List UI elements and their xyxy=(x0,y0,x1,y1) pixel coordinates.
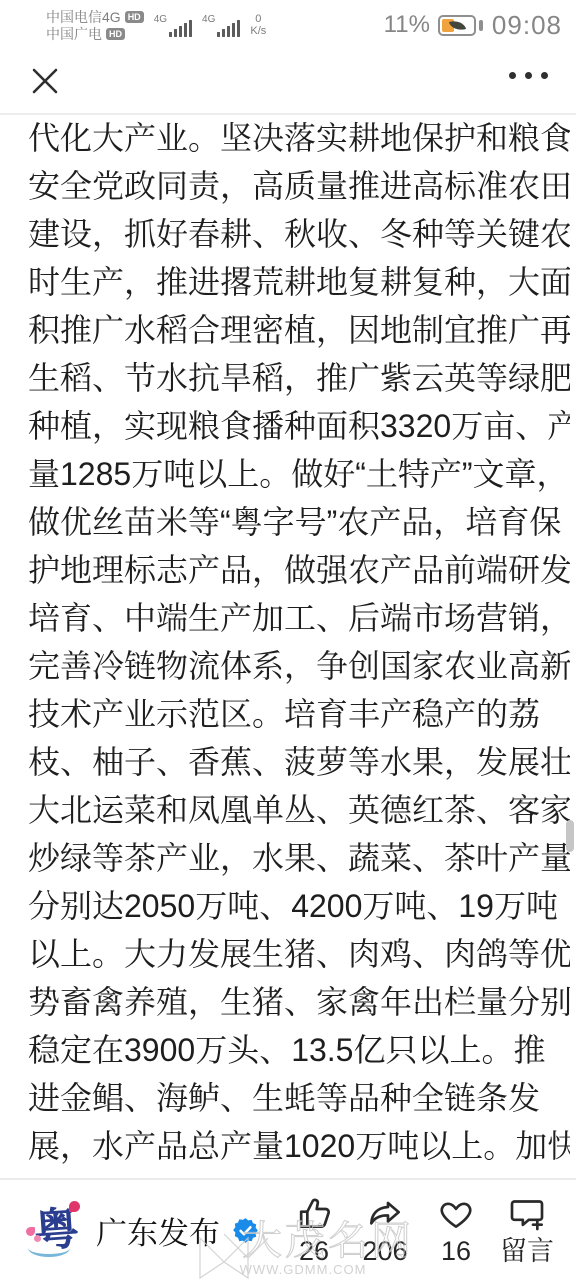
avatar-flower-icon xyxy=(69,1201,80,1212)
share-button[interactable]: 206 xyxy=(360,1194,410,1266)
article-line: 护地理标志产品，做强农产品前端研发 xyxy=(28,546,570,594)
share-count: 206 xyxy=(362,1236,407,1266)
like-count: 26 xyxy=(299,1236,329,1266)
share-arrow-icon xyxy=(365,1194,405,1234)
article-line: 以上。大力发展生猪、肉鸡、肉鸽等优 xyxy=(28,930,570,978)
carrier-name-2: 中国广电 xyxy=(46,26,102,42)
speed-unit: K/s xyxy=(250,25,266,37)
article-line: 技术产业示范区。培育丰产稳产的荔 xyxy=(28,690,570,738)
account-avatar: 粤 xyxy=(26,1201,84,1259)
network-type-label: 4G xyxy=(154,15,167,25)
article-line: 生稻、节水抗旱稻，推广紫云英等绿肥 xyxy=(28,354,570,402)
nav-bar xyxy=(0,46,576,113)
article-line: 做优丝苗米等“粤字号”农产品，培育保 xyxy=(28,498,570,546)
avatar-wave-icon xyxy=(28,1239,70,1257)
phone-screen: 中国电信4G HD 中国广电 HD 4G 4G 0 K/s xyxy=(0,0,576,1280)
verified-badge-icon xyxy=(232,1217,259,1244)
heart-icon xyxy=(436,1194,476,1234)
article-line: 培育、中端生产加工、后端市场营销， xyxy=(28,594,570,642)
action-bar: 26 206 16 留言 xyxy=(289,1194,552,1266)
avatar-flower-icon xyxy=(26,1227,35,1236)
account-profile[interactable]: 粤 广东发布 xyxy=(26,1201,259,1259)
bottom-bar: 粤 广东发布 26 xyxy=(0,1178,576,1280)
article-line: 量1285万吨以上。做好“土特产”文章， xyxy=(28,450,570,498)
network-type-label: 4G xyxy=(202,15,215,25)
article-line: 种植，实现粮食播种面积3320万亩、产 xyxy=(28,402,570,450)
article-line: 积推广水稻合理密植，因地制宜推广再 xyxy=(28,306,570,354)
heart-count: 16 xyxy=(441,1236,471,1266)
article-body[interactable]: 代化大产业。坚决落实耕地保护和粮食安全党政同责，高质量推进高标准农田建设，抓好春… xyxy=(28,114,570,1174)
signal-bars-icon: 4G xyxy=(154,13,192,37)
status-left: 中国电信4G HD 中国广电 HD 4G 4G 0 K/s xyxy=(46,9,266,42)
carrier-name-1: 中国电信4G xyxy=(46,9,121,25)
comment-button[interactable]: 留言 xyxy=(502,1194,552,1266)
signal-strength-icon xyxy=(169,17,192,37)
favorite-button[interactable]: 16 xyxy=(431,1194,481,1266)
network-speed: 0 K/s xyxy=(250,13,266,37)
hd-voice-icon: HD xyxy=(125,11,144,23)
article-line: 大北运菜和凤凰单丛、英德红茶、客家 xyxy=(28,786,570,834)
article-line: 炒绿等茶产业，水果、蔬菜、茶叶产量 xyxy=(28,834,570,882)
thumbs-up-icon xyxy=(294,1194,334,1234)
article-line: 时生产，推进撂荒耕地复耕复种，大面 xyxy=(28,258,570,306)
article-line: 分别达2050万吨、4200万吨、19万吨 xyxy=(28,882,570,930)
status-right: 11% 09:08 xyxy=(384,10,562,41)
status-bar: 中国电信4G HD 中国广电 HD 4G 4G 0 K/s xyxy=(0,0,576,46)
signal-bars-icon: 4G xyxy=(202,13,240,37)
carrier-block: 中国电信4G HD 中国广电 HD xyxy=(46,9,144,42)
more-options-icon[interactable] xyxy=(509,72,548,79)
clock: 09:08 xyxy=(492,10,562,41)
article-line: 建设，抓好春耕、秋收、冬种等关键农 xyxy=(28,210,570,258)
account-name: 广东发布 xyxy=(96,1208,220,1253)
hd-voice-icon: HD xyxy=(106,28,125,40)
signal-strength-icon xyxy=(217,17,240,37)
speed-value: 0 xyxy=(255,13,261,25)
article-line: 枝、柚子、香蕉、菠萝等水果，发展壮 xyxy=(28,738,570,786)
article-line: 进金鲳、海鲈、生蚝等品种全链条发 xyxy=(28,1074,570,1122)
article-line: 展，水产品总产量1020万吨以上。加快 xyxy=(28,1122,570,1170)
article-line: 安全党政同责，高质量推进高标准农田 xyxy=(28,162,570,210)
close-icon[interactable] xyxy=(28,64,62,98)
article-line: 完善冷链物流体系，争创国家农业高新 xyxy=(28,642,570,690)
battery-percent: 11% xyxy=(384,11,430,39)
comment-plus-icon xyxy=(507,1194,547,1234)
article-line: 代化大产业。坚决落实耕地保护和粮食 xyxy=(28,114,570,162)
article-line: 稳定在3900万头、13.5亿只以上。推 xyxy=(28,1026,570,1074)
scrollbar-thumb[interactable] xyxy=(566,820,574,852)
battery-saver-icon xyxy=(438,15,476,36)
like-button[interactable]: 26 xyxy=(289,1194,339,1266)
article-line: 势畜禽养殖，生猪、家禽年出栏量分别 xyxy=(28,978,570,1026)
comment-label: 留言 xyxy=(500,1236,554,1266)
